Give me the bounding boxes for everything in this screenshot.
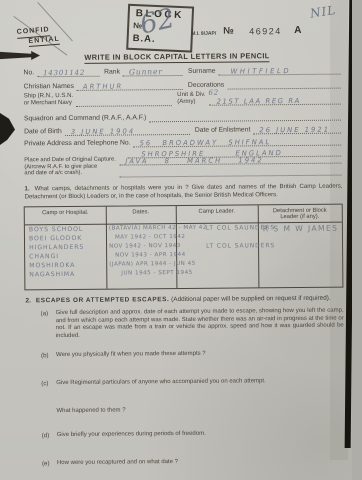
- question-1-number: 1.: [25, 185, 30, 192]
- rank-value: Gunner: [129, 67, 163, 76]
- block-leader-entry: R S M W JAMES: [263, 224, 339, 234]
- row-no-rank-surname: No. 14301142 Rank Gunner Surname WHITFIE…: [23, 65, 340, 78]
- dates-entry: JUN 1945 - SEPT 1945: [121, 270, 192, 277]
- address-label: Private Address and Telephone No.: [24, 139, 131, 148]
- christian-names-value: ARTHUR: [83, 82, 123, 90]
- enlistment-label: Date of Enlistment: [195, 126, 251, 134]
- enlistment-line: 26 JUNE 1921: [253, 124, 341, 135]
- ref-department: M.I. 9/JAP/: [191, 31, 216, 37]
- scan-edge-margin: [352, 0, 362, 480]
- unit-line: 62 21ST LAA REG RA: [209, 94, 341, 105]
- dates-entry: (BATAVIA) MARCH 42 - MAY 42: [109, 225, 207, 232]
- question-2-heading: 2.ESCAPES OR ATTEMPTED ESCAPES. (Additio…: [25, 295, 343, 305]
- capture-label-line1: Place and Date of Original Capture.: [24, 157, 116, 164]
- dates-entry: (JAPAN) APR 1944 - JUN 45: [109, 261, 196, 268]
- q2a-label: (a): [41, 310, 49, 317]
- question-2-number: 2.: [25, 297, 30, 304]
- camp-entry: NAGASHIMA: [29, 271, 75, 278]
- no-line: 14301142: [37, 67, 99, 78]
- row-ship-unit: Ship (R.N., U.S.N. or Merchant Navy Unit…: [24, 91, 341, 107]
- unit-label: Unit & Div. (Army): [177, 92, 205, 106]
- capture-value: JAVA 8 MARCH 1942: [125, 156, 263, 165]
- form-content: CONFID ENTIAL BLOCK № B.A. 62 M.I. 9/JAP…: [0, 0, 362, 480]
- q2b-label: (b): [41, 352, 49, 359]
- header-camp-leader: Camp Leader.: [176, 205, 258, 223]
- scanned-pow-questionnaire-page: CONFID ENTIAL BLOCK № B.A. 62 M.I. 9/JAP…: [0, 0, 362, 480]
- squadron-label: Squadron and Command (R.A.F., A.A.F.): [24, 114, 146, 123]
- header-camp-or-hospital: Camp or Hospital.: [25, 207, 106, 225]
- camp-entry: CHANGI: [29, 253, 59, 260]
- q2c-text: Give Regimental particulars of anyone wh…: [56, 378, 344, 388]
- ref-serial-number: 46924: [249, 26, 282, 36]
- surname-value: WHITFIELD: [231, 67, 292, 76]
- camps-table-body: BOYS SCHOOL BOEI GLODOK HIGHLANDERS CHAN…: [25, 223, 343, 290]
- capture-line-1: JAVA 8 MARCH 1942: [119, 154, 341, 166]
- ship-line: [76, 96, 172, 107]
- q2e-label: (e): [42, 460, 50, 467]
- no-label: No.: [24, 69, 35, 77]
- camp-entry: BOYS SCHOOL: [29, 226, 83, 233]
- ship-label: Ship (R.N., U.S.N. or Merchant Navy: [24, 93, 74, 107]
- decorations-line: [227, 79, 341, 90]
- address-line-1: 56 BROADWAY SHIFNAL: [134, 136, 342, 148]
- dates-entry: NOV 1943 - APR 1944: [115, 252, 186, 259]
- q2d-label: (d): [42, 432, 50, 439]
- unit-value: 21ST LAA REG RA: [217, 97, 301, 106]
- capture-label: Place and Date of Original Capture. (Air…: [24, 157, 116, 178]
- q2c-label: (c): [41, 380, 48, 387]
- no-value: 14301142: [43, 69, 85, 77]
- form-title: WRITE IN BLOCK CAPITAL LETTERS IN PENCIL: [84, 51, 269, 64]
- dates-entry: NOV 1942 - NOV 1943: [109, 243, 181, 250]
- date-of-birth-label: Date of Birth: [24, 128, 62, 136]
- question-1-text: What camps, detachments or hospitals wer…: [25, 183, 343, 200]
- question-2-note: (Additional paper will be supplied on re…: [171, 295, 331, 303]
- address-value-line1: 56 BROADWAY SHIFNAL: [140, 138, 272, 147]
- surname-line: WHITFIELD: [219, 65, 341, 76]
- q2e-text: How were you recaptured and on what date…: [57, 458, 345, 468]
- capture-line-2: [119, 166, 341, 178]
- q2a-text: Give full description and approx. date o…: [56, 308, 344, 341]
- q2d-text: Give briefly your experiences during per…: [57, 430, 345, 440]
- ref-series-letter: A: [294, 25, 301, 36]
- date-of-birth-line: 3 JUNE 1904: [65, 125, 190, 136]
- row-christian-decorations: Christian Names ARTHUR Decorations: [24, 79, 341, 92]
- enlistment-value: 26 JUNE 1921: [259, 126, 330, 135]
- rank-line: Gunner: [123, 66, 183, 77]
- camp-entry: BOEI GLODOK: [29, 235, 82, 242]
- ref-no-label: №: [223, 26, 234, 37]
- ship-label-line2: or Merchant Navy: [24, 100, 73, 107]
- squadron-line: [149, 111, 341, 123]
- camps-table: Camp or Hospital. Dates. Camp Leader. De…: [24, 204, 344, 291]
- unit-label-line2: (Army): [177, 99, 205, 106]
- camp-leader-entry: LT COL SAUNDERS: [206, 242, 275, 250]
- christian-names-label: Christian Names: [24, 83, 74, 91]
- date-of-birth-value: 3 JUNE 1904: [71, 127, 135, 136]
- row-squadron: Squadron and Command (R.A.F., A.A.F.): [24, 111, 341, 124]
- camp-entry: MOSHIROKA: [29, 262, 75, 269]
- q2b-text: Were you physically fit when you made th…: [56, 350, 344, 360]
- q2c-followup-text: What happened to them ?: [56, 406, 344, 416]
- question-1: 1.What camps, detachments or hospitals w…: [25, 183, 343, 201]
- header-dates: Dates.: [106, 206, 176, 224]
- camp-entry: HIGHLANDERS: [29, 244, 84, 251]
- surname-label: Surname: [188, 68, 216, 76]
- row-birth-enlistment: Date of Birth 3 JUNE 1904 Date of Enlist…: [24, 124, 341, 137]
- dates-entry: MAY 1942 - OCT 1942: [115, 234, 186, 241]
- unit-super-value: 62: [208, 88, 219, 96]
- rank-label: Rank: [104, 69, 120, 77]
- question-2-title: ESCAPES OR ATTEMPTED ESCAPES.: [36, 296, 170, 304]
- capture-label-line3: and date of a/c crash).: [24, 170, 116, 177]
- christian-names-line: ARTHUR: [77, 80, 183, 91]
